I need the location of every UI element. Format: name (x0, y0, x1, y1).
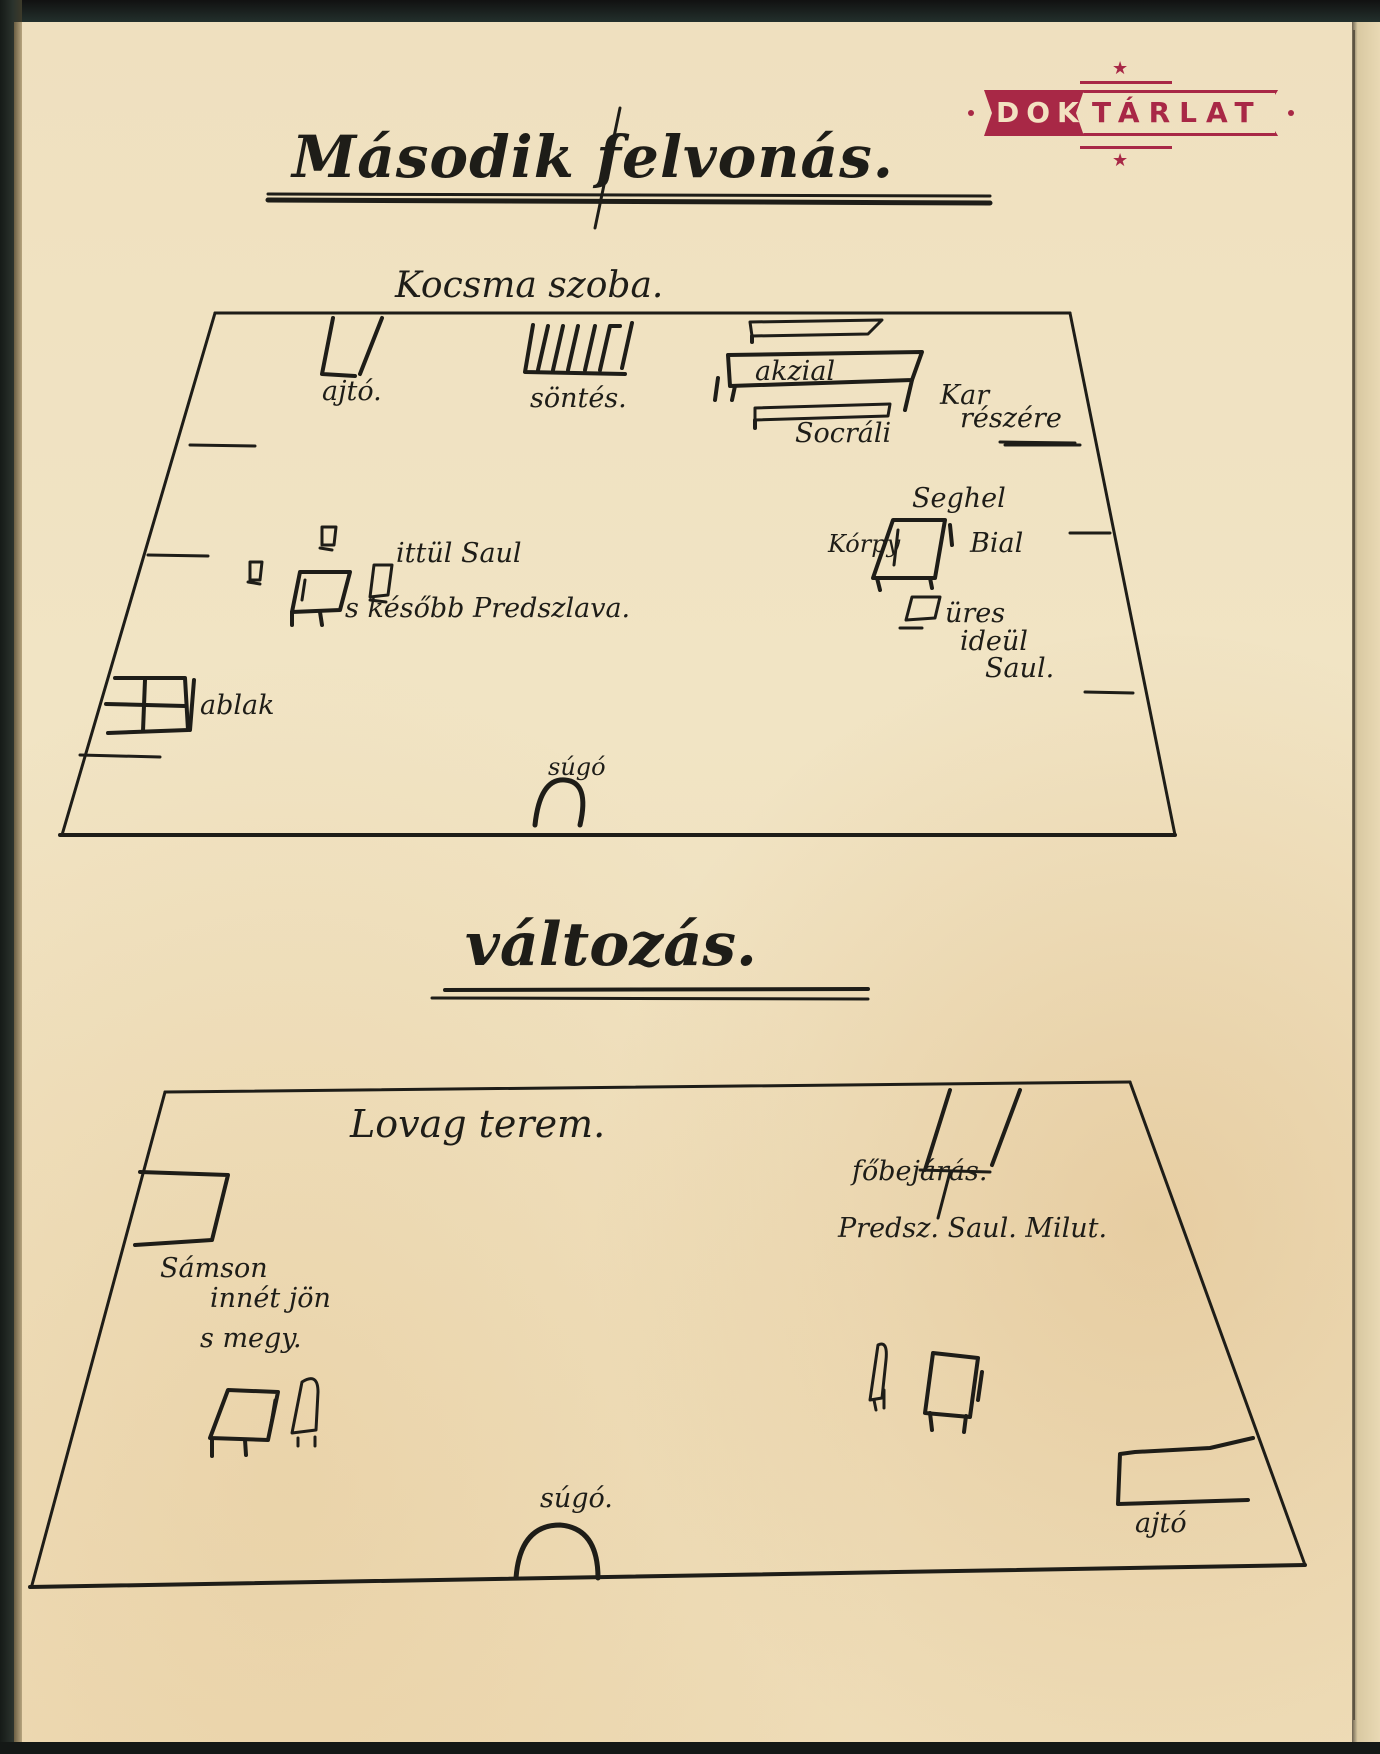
label-main-entrance: főbejárás. (852, 1158, 987, 1185)
prompter-box-2 (516, 1525, 598, 1578)
label-prompter-1: súgó (548, 755, 606, 779)
label-seghel: Seghel (912, 485, 1006, 512)
label-door: ajtó. (322, 378, 382, 405)
change-title: változás. (465, 915, 757, 975)
label-stage-for-2: részére (960, 405, 1062, 432)
label-chorus: Socráli (795, 420, 891, 447)
title-underline-1 (268, 194, 990, 196)
door-box-right (1118, 1438, 1253, 1504)
label-korpy: Kórpy (828, 532, 900, 556)
label-samson-2: innét jön (210, 1285, 331, 1312)
label-prompter-2: súgó. (540, 1485, 613, 1512)
label-door-2: ajtó (1135, 1510, 1187, 1537)
label-empty-chair-2: ideül (960, 628, 1028, 655)
label-table-left-2: s később Predszlava. (345, 595, 630, 622)
label-bar: söntés. (530, 385, 627, 412)
label-table: akzial (755, 358, 835, 385)
label-entrance-chars: Predsz. Saul. Milut. (838, 1215, 1107, 1242)
room-title-kocsma: Kocsma szoba. (395, 268, 663, 304)
label-window: ablak (200, 692, 274, 719)
label-bial: Bial (970, 530, 1023, 557)
label-table-left-1: ittül Saul (396, 540, 522, 567)
act-title: Második felvonás. (292, 128, 894, 186)
table-chair-left-scene2 (210, 1379, 318, 1456)
entrance-box-left (135, 1172, 228, 1245)
window-drawing (106, 678, 194, 733)
title-underline-2 (268, 200, 990, 203)
table-chair-right-scene2 (870, 1344, 982, 1432)
room-title-lovagterem: Lovag terem. (350, 1105, 605, 1143)
label-empty-chair-3: Saul. (985, 655, 1054, 682)
label-samson-1: Sámson (160, 1255, 268, 1282)
label-samson-3: s megy. (200, 1325, 302, 1352)
label-empty-chair: üres (945, 600, 1005, 627)
stage-plan-drawings (0, 0, 1380, 1754)
bar-counter-drawing (525, 323, 632, 374)
prompter-box-1 (535, 780, 583, 825)
